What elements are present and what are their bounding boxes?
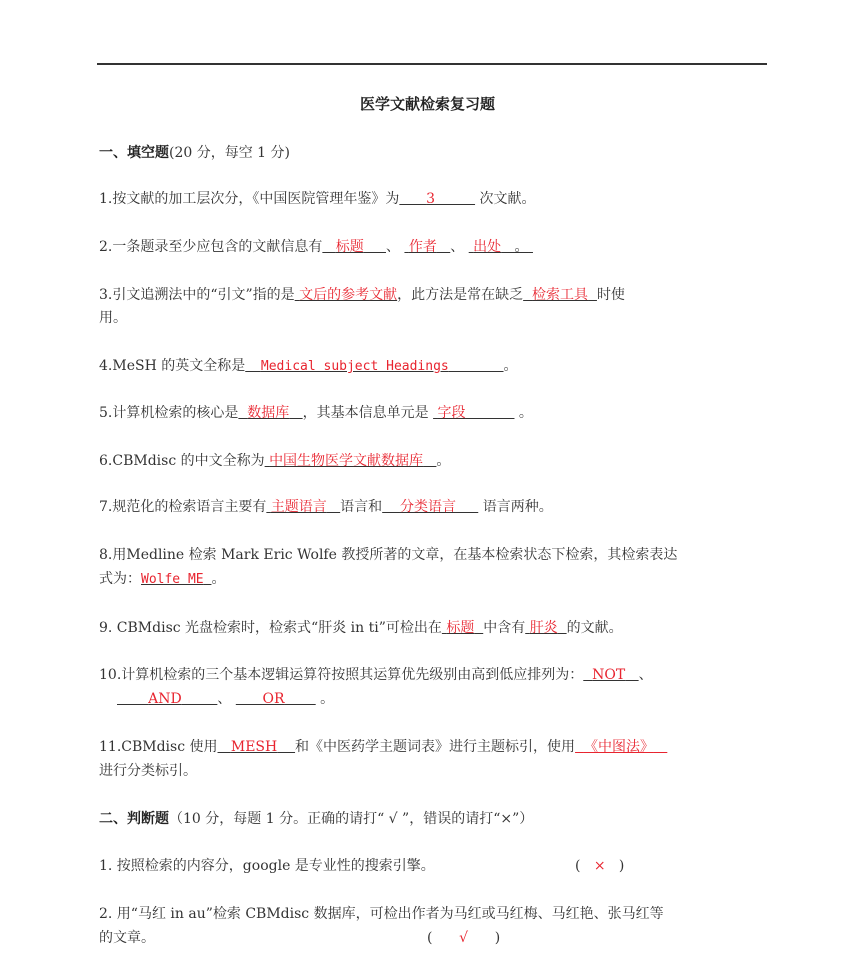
check-mark-icon: √	[459, 930, 468, 946]
answer-blank: 检索工具	[523, 287, 597, 303]
question-10: 10.计算机检索的三个基本逻辑运算符按照其运算优先级别由高到低应排列为： NOT…	[99, 665, 653, 685]
separator: 、	[217, 691, 231, 707]
question-text: 的文献。	[567, 620, 623, 636]
answer-blank: 标题	[442, 620, 483, 636]
question-text: 2.一条题录至少应包含的文献信息有	[99, 239, 322, 255]
question-text: 1.按文献的加工层次分，《中国医院管理年鉴》为	[99, 191, 399, 207]
separator: 、	[450, 239, 464, 255]
question-text: 1. 按照检索的内容分，google 是专业性的搜索引擎。	[99, 858, 435, 874]
section-note: （10 分，每题 1 分。正确的请打“ √ ”，错误的请打“×”）	[169, 811, 533, 827]
answer-blank: NOT	[583, 667, 638, 683]
answer-blank: 中国生物医学文献数据库	[265, 453, 437, 469]
question-3: 3.引文追溯法中的“引文”指的是 文后的参考文献，此方法是常在缺乏 检索工具 时…	[99, 285, 625, 305]
answer-blank: Wolfe ME	[141, 572, 211, 587]
answer: 数据库	[247, 405, 289, 421]
separator: 、	[639, 667, 653, 683]
question-text: 。	[436, 453, 450, 469]
question-text: 7.规范化的检索语言主要有	[99, 499, 266, 515]
answer-blank: 3	[399, 191, 475, 207]
question-9: 9. CBMdisc 光盘检索时，检索式“肝炎 in ti”可检出在 标题 中含…	[99, 618, 623, 638]
answer-blank: MESH	[218, 739, 296, 755]
answer: 标题	[446, 620, 474, 636]
question-text: 语言和	[340, 499, 382, 515]
answer-blank: OR	[236, 691, 316, 707]
answer-blank: 分类语言	[382, 499, 478, 515]
answer-blank: 肝炎	[525, 620, 566, 636]
question-text: 3.引文追溯法中的“引文”指的是	[99, 287, 295, 303]
answer-blank: 数据库	[238, 405, 302, 421]
answer: NOT	[592, 667, 625, 683]
question-8-continued: 式为：Wolfe ME 。	[99, 569, 225, 590]
question-text: 的文章。	[99, 930, 155, 946]
question-text: 语言两种。	[478, 499, 552, 515]
answer: 出处	[473, 239, 501, 255]
tf-question-2-continued: 的文章。 ( √ )	[99, 928, 155, 948]
question-text: 10.计算机检索的三个基本逻辑运算符按照其运算优先级别由高到低应排列为：	[99, 667, 583, 683]
answer-blank: 文后的参考文献	[295, 287, 397, 303]
answer-blank: 标题	[322, 239, 386, 255]
answer: Wolfe ME	[141, 572, 204, 587]
question-text: 9. CBMdisc 光盘检索时，检索式“肝炎 in ti”可检出在	[99, 620, 442, 636]
answer: 作者	[409, 239, 437, 255]
paren: (	[427, 930, 432, 946]
section-note: (20 分，每空 1 分)	[169, 145, 290, 161]
question-11-continued: 进行分类标引。	[99, 761, 197, 781]
question-2: 2.一条题录至少应包含的文献信息有 标题 、 作者 、 出处 。	[99, 237, 533, 257]
answer-blank: 《中图法》	[575, 739, 667, 755]
question-1: 1.按文献的加工层次分，《中国医院管理年鉴》为 3 次文献。	[99, 189, 536, 209]
question-text: ，此方法是常在缺乏	[397, 287, 523, 303]
answer: AND	[148, 691, 182, 707]
header-rule	[97, 63, 767, 65]
answer: 3	[426, 191, 435, 207]
paren: (	[575, 858, 580, 874]
question-text: 次文献。	[475, 191, 535, 207]
answer: OR	[263, 691, 285, 707]
answer-bracket: ( √ )	[427, 928, 500, 948]
question-text: 和《中医药学主题词表》进行主题标引，使用	[295, 739, 575, 755]
answer-blank: 主题语言	[266, 499, 340, 515]
document-title: 医学文献检索复习题	[0, 93, 855, 114]
question-text: 11.CBMdisc 使用	[99, 739, 218, 755]
answer: 文后的参考文献	[299, 287, 397, 303]
answer-blank: Medical subject Headings	[245, 359, 503, 374]
answer: 字段	[438, 405, 466, 421]
question-text: ，其基本信息单元是	[303, 405, 433, 421]
question-text: 6.CBMdisc 的中文全称为	[99, 453, 265, 469]
answer-blank: 出处 。	[469, 239, 533, 255]
question-text: 。	[514, 405, 532, 421]
answer-blank: 作者	[404, 239, 450, 255]
answer-blank: 字段	[433, 405, 514, 421]
cross-mark-icon: ×	[594, 858, 606, 874]
question-text: 。	[316, 691, 334, 707]
question-text: 。	[515, 239, 529, 255]
section-title: 二、判断题	[99, 811, 169, 827]
question-text: 5.计算机检索的核心是	[99, 405, 238, 421]
question-10-continued: AND 、 OR 。	[117, 689, 334, 709]
answer: Medical subject Headings	[261, 359, 449, 374]
question-text: 。	[504, 358, 518, 374]
question-text: 4.MeSH 的英文全称是	[99, 358, 245, 374]
question-8: 8.用Medline 检索 Mark Eric Wolfe 教授所著的文章，在基…	[99, 545, 677, 565]
answer: 检索工具	[532, 287, 588, 303]
question-text: 中含有	[483, 620, 525, 636]
question-4: 4.MeSH 的英文全称是 Medical subject Headings 。	[99, 356, 518, 377]
question-6: 6.CBMdisc 的中文全称为 中国生物医学文献数据库 。	[99, 451, 450, 471]
answer: 主题语言	[271, 499, 327, 515]
question-text: 式为：	[99, 571, 141, 587]
paren: )	[619, 858, 624, 874]
tf-question-2: 2. 用“马红 in au”检索 CBMdisc 数据库，可检出作者为马红或马红…	[99, 904, 664, 924]
answer: 标题	[336, 239, 364, 255]
question-5: 5.计算机检索的核心是 数据库 ，其基本信息单元是 字段 。	[99, 403, 533, 423]
answer-bracket: ( × )	[575, 856, 624, 876]
answer: 《中图法》	[584, 739, 654, 755]
paren: )	[495, 930, 500, 946]
tf-question-1: 1. 按照检索的内容分，google 是专业性的搜索引擎。 ( × )	[99, 856, 435, 876]
answer: 肝炎	[530, 620, 558, 636]
section1-heading: 一、填空题(20 分，每空 1 分)	[99, 143, 290, 163]
question-7: 7.规范化的检索语言主要有 主题语言 语言和 分类语言 语言两种。	[99, 497, 553, 517]
separator: 、	[386, 239, 400, 255]
question-text: 时使	[597, 287, 625, 303]
answer-blank: AND	[117, 691, 217, 707]
answer: 分类语言	[400, 499, 456, 515]
answer: MESH	[231, 739, 277, 755]
question-11: 11.CBMdisc 使用 MESH 和《中医药学主题词表》进行主题标引，使用 …	[99, 737, 667, 757]
answer: 中国生物医学文献数据库	[269, 453, 423, 469]
question-text: 。	[211, 571, 225, 587]
question-3-continued: 用。	[99, 308, 127, 328]
section2-heading: 二、判断题（10 分，每题 1 分。正确的请打“ √ ”，错误的请打“×”）	[99, 809, 533, 829]
section-title: 一、填空题	[99, 145, 169, 161]
